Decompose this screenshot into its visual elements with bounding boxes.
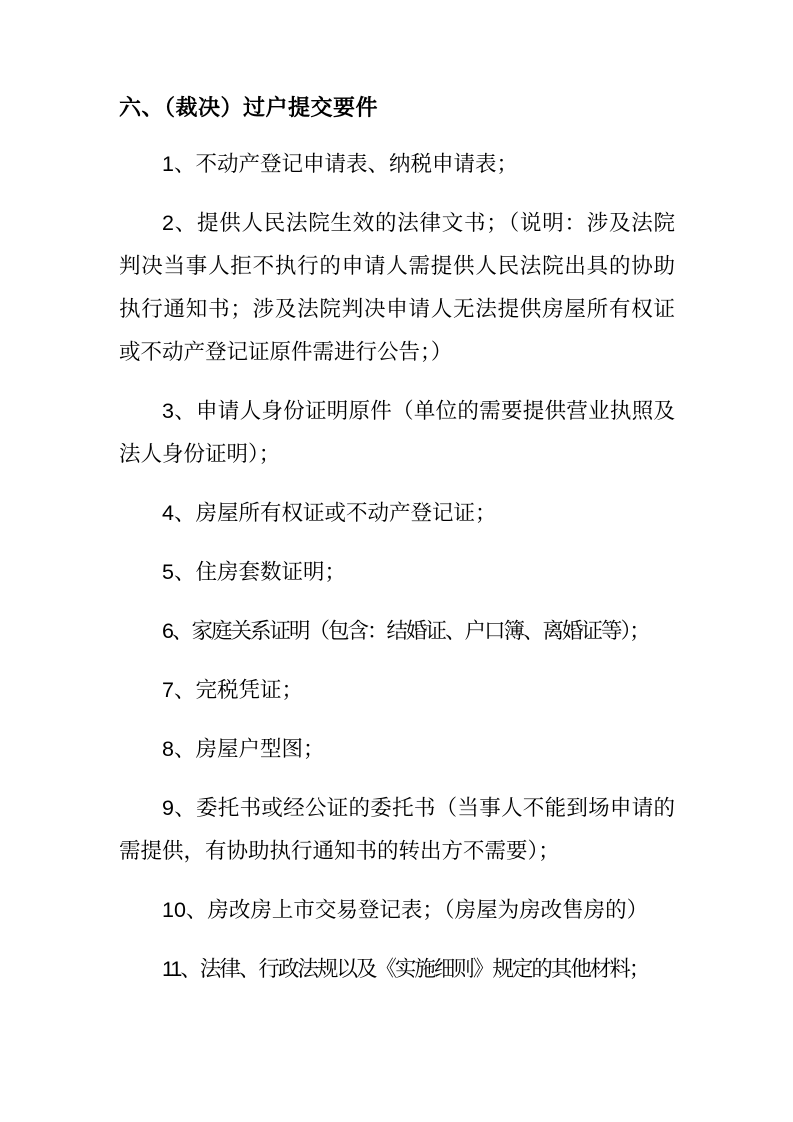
list-item-4: 4、房屋所有权证或不动产登记证； <box>119 492 675 535</box>
list-item-6: 6、家庭关系证明（包含：结婚证、户口簿、离婚证等）； <box>119 610 675 653</box>
list-item-2: 2、提供人民法院生效的法律文书；（说明：涉及法院判决当事人拒不执行的申请人需提供… <box>119 202 675 374</box>
list-item-9: 9、委托书或经公证的委托书（当事人不能到场申请的需提供，有协助执行通知书的转出方… <box>119 787 675 873</box>
list-item-7: 7、完税凭证； <box>119 669 675 712</box>
list-item-8: 8、房屋户型图； <box>119 728 675 771</box>
list-item-11: 11、法律、行政法规以及《实施细则》规定的其他材料； <box>119 948 675 991</box>
list-item-5: 5、住房套数证明； <box>119 551 675 594</box>
list-item-3: 3、申请人身份证明原件（单位的需要提供营业执照及法人身份证明）； <box>119 390 675 476</box>
list-item-10: 10、房改房上市交易登记表；（房屋为房改售房的） <box>119 889 675 932</box>
list-item-1: 1、不动产登记申请表、纳税申请表； <box>119 143 675 186</box>
document-page: 六、（裁决）过户提交要件 1、不动产登记申请表、纳税申请表； 2、提供人民法院生… <box>0 0 793 1122</box>
page-title: 六、（裁决）过户提交要件 <box>119 86 675 129</box>
